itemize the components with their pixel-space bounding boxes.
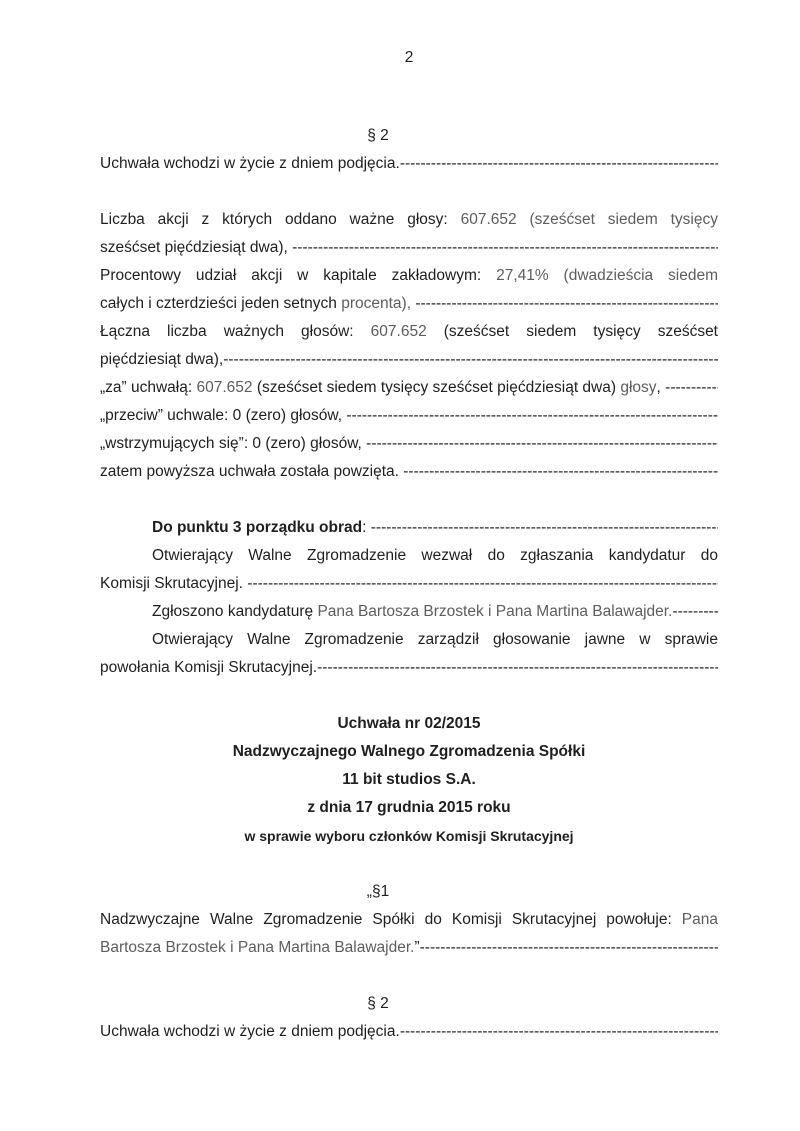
text-span: Zgłoszono kandydaturę <box>152 598 317 626</box>
open-vote-ordered-line-1: Otwierający Walne Zgromadzenie zarządził… <box>100 626 718 654</box>
text-span: pięćdziesiąt dwa), <box>100 346 223 374</box>
text-span: 2 <box>405 49 414 66</box>
paragraph-effective-date-bottom: Uchwała wchodzi w życie z dniem podjęcia… <box>100 1018 718 1046</box>
text-span: całych i czterdzieści jeden setnych <box>100 290 341 318</box>
candidates-submitted-line: Zgłoszono kandydaturę Pana Bartosza Brzo… <box>100 598 718 626</box>
text-span: „przeciw” uchwale: 0 (zero) głosów, <box>100 402 346 430</box>
agenda-point-3-heading: Do punktu 3 porządku obrad: ------------… <box>100 514 718 542</box>
text-span: § 2 <box>367 127 389 144</box>
total-valid-votes-line-2: pięćdziesiąt dwa),----------------------… <box>100 346 718 374</box>
text-span: „§1 <box>367 883 389 900</box>
text-span: z dnia 17 grudnia 2015 roku <box>307 799 510 816</box>
text-span: 607.652 (sześćset siedem tysięcy <box>461 211 718 228</box>
text-span: 607.652 <box>196 374 252 402</box>
text-span: : <box>362 514 371 542</box>
text-span: 11 bit studios S.A. <box>342 771 476 788</box>
text-span: sześćset pięćdziesiąt dwa), <box>100 234 292 262</box>
dash-leader: ----------------------------------------… <box>223 346 718 374</box>
dash-leader: ----------------------------------------… <box>400 1018 718 1046</box>
document-content: 2§ 2Uchwała wchodzi w życie z dniem podj… <box>0 0 800 1131</box>
spacer <box>100 962 718 990</box>
text-span: głosy <box>620 374 656 402</box>
capital-share-line-2: całych i czterdzieści jeden setnych proc… <box>100 290 718 318</box>
text-span: (sześćset siedem tysięcy sześćset pięćdz… <box>253 374 621 402</box>
company-name-heading: 11 bit studios S.A. <box>100 766 718 794</box>
text-span: Pana <box>682 911 718 928</box>
votes-for-line: „za” uchwałą: 607.652 (sześćset siedem t… <box>100 374 718 402</box>
resolution-number-heading: Uchwała nr 02/2015 <box>100 710 718 738</box>
dash-leader: ----------------------------------------… <box>317 654 718 682</box>
text-span: 607.652 <box>371 323 427 340</box>
open-vote-ordered-line-2: powołania Komisji Skrutacyjnej.---------… <box>100 654 718 682</box>
dash-leader: ----------------------------------------… <box>403 458 718 486</box>
text-span: Komisji Skrutacyjnej. <box>100 570 247 598</box>
text-span: Uchwała wchodzi w życie z dniem podjęcia… <box>100 1018 400 1046</box>
text-span: Uchwała wchodzi w życie z dniem podjęcia… <box>100 150 400 178</box>
resolution-date-heading: z dnia 17 grudnia 2015 roku <box>100 794 718 822</box>
text-span: (sześćset siedem tysięcy sześćset <box>427 323 718 340</box>
dash-leader: ----------------------------------------… <box>247 570 718 598</box>
total-valid-votes-line-1: Łączna liczba ważnych głosów: 607.652 (s… <box>100 318 718 346</box>
spacer <box>100 486 718 514</box>
dash-leader: ----------------------------------------… <box>400 150 718 178</box>
page-number: 2 <box>100 44 718 72</box>
resolution-subject-heading: w sprawie wyboru członków Komisji Skruta… <box>100 822 718 850</box>
text-span: Do punktu 3 porządku obrad <box>152 514 362 542</box>
text-span: procenta), <box>341 290 411 318</box>
text-span: § 2 <box>367 995 389 1012</box>
text-span: Liczba akcji z których oddano ważne głos… <box>100 211 461 228</box>
text-span: Uchwała nr 02/2015 <box>337 715 480 732</box>
text-span: , <box>657 374 666 402</box>
dash-leader: ----------------------------------------… <box>371 514 718 542</box>
text-span: Łączna liczba ważnych głosów: <box>100 323 371 340</box>
text-span: Otwierający Walne Zgromadzenie wezwał do… <box>152 547 718 564</box>
dash-leader: ----------------------------------------… <box>346 402 718 430</box>
text-span: „za” uchwałą: <box>100 374 196 402</box>
spacer <box>100 850 718 878</box>
text-span: Nadzwyczajne Walne Zgromadzenie Spółki d… <box>100 911 682 928</box>
text-span: w sprawie wyboru członków Komisji Skruta… <box>244 828 573 844</box>
spacer <box>100 178 718 206</box>
dash-leader: ----------------------------------------… <box>665 374 718 402</box>
committee-appointment-line-1: Nadzwyczajne Walne Zgromadzenie Spółki d… <box>100 906 718 934</box>
text-span: zatem powyższa uchwała została powzięta. <box>100 458 403 486</box>
section-mark-par-1: „§1 <box>100 878 718 906</box>
text-span: 27,41% (dwadzieścia siedem <box>496 267 718 284</box>
document-page: 2§ 2Uchwała wchodzi w życie z dniem podj… <box>0 0 800 1131</box>
votes-valid-shares-line-1: Liczba akcji z których oddano ważne głos… <box>100 206 718 234</box>
capital-share-line-1: Procentowy udział akcji w kapitale zakła… <box>100 262 718 290</box>
votes-against-line: „przeciw” uchwale: 0 (zero) głosów, ----… <box>100 402 718 430</box>
text-span: „wstrzymujących się”: 0 (zero) głosów, <box>100 430 366 458</box>
text-span: Procentowy udział akcji w kapitale zakła… <box>100 267 496 284</box>
text-span: powołania Komisji Skrutacyjnej. <box>100 654 317 682</box>
dash-leader: ----------------------------------------… <box>672 598 718 626</box>
votes-valid-shares-line-2: sześćset pięćdziesiąt dwa), ------------… <box>100 234 718 262</box>
spacer <box>100 682 718 710</box>
dash-leader: ----------------------------------------… <box>366 430 718 458</box>
spacer <box>100 72 718 122</box>
dash-leader: ----------------------------------------… <box>292 234 718 262</box>
text-span: Otwierający Walne Zgromadzenie zarządził… <box>152 631 718 648</box>
call-for-candidates-line-1: Otwierający Walne Zgromadzenie wezwał do… <box>100 542 718 570</box>
dash-leader: ----------------------------------------… <box>415 290 718 318</box>
text-span: Bartosza Brzostek i Pana Martina Balawaj… <box>100 934 414 962</box>
paragraph-effective-date-top: Uchwała wchodzi w życie z dniem podjęcia… <box>100 150 718 178</box>
votes-abstain-line: „wstrzymujących się”: 0 (zero) głosów, -… <box>100 430 718 458</box>
call-for-candidates-line-2: Komisji Skrutacyjnej. ------------------… <box>100 570 718 598</box>
text-span: Pana Bartosza Brzostek i Pana Martina Ba… <box>317 598 672 626</box>
section-mark-par-2-top: § 2 <box>100 122 718 150</box>
dash-leader: ----------------------------------------… <box>420 934 718 962</box>
resolution-adopted-line: zatem powyższa uchwała została powzięta.… <box>100 458 718 486</box>
resolution-body-heading: Nadzwyczajnego Walnego Zgromadzenia Spół… <box>100 738 718 766</box>
text-span: Nadzwyczajnego Walnego Zgromadzenia Spół… <box>233 743 586 760</box>
committee-appointment-line-2: Bartosza Brzostek i Pana Martina Balawaj… <box>100 934 718 962</box>
section-mark-par-2-bottom: § 2 <box>100 990 718 1018</box>
